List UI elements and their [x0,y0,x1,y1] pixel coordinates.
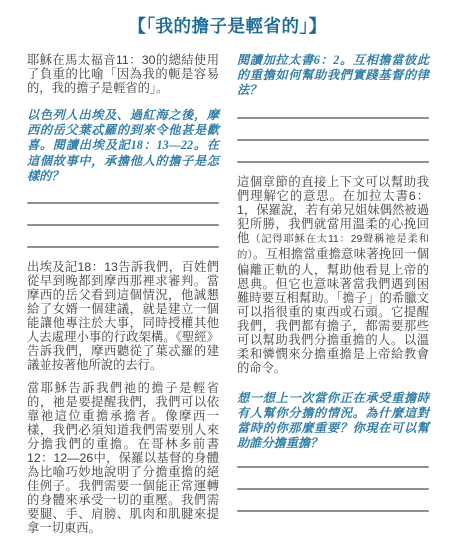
answer-line [237,466,429,468]
answer-lines-group-3 [237,466,429,512]
paragraph-galatians-context: 這個章節的直接上下文可以幫助我們理解它的意思。在加拉太書6：1，保羅說，若有弟兄… [237,175,429,375]
answer-line [27,246,219,248]
question-exodus: 以色列人出埃及、過紅海之後，摩西的岳父葉忒羅的到來令他甚是歡喜。閱讀出埃及記18… [27,108,219,184]
answer-line [27,202,219,204]
question-reflection: 想一想上一次當你正在承受重擔時有人幫你分擔的情況。為什麼這對當時的你那麼重要？你… [237,391,429,452]
paragraph-exodus-explanation: 出埃及記18：13告訴我們，百姓們從早到晚都到摩西那裡求審判。當摩西的岳父看到這… [27,260,219,372]
paragraph-text: 。互相擔當重擔意味著挽回一個偏離正軌的人，幫助他看見上帝的恩典。但它也意味著當我… [237,247,429,375]
paragraph-burden-bearer: 當耶穌告訴我們祂的擔子是輕省的，祂是要提醒我們，我們可以依靠祂這位重擔承擔者。像… [27,381,219,535]
answer-lines-group-1 [27,202,219,248]
answer-lines-group-2 [237,117,429,163]
answer-line [237,139,429,141]
question-galatians: 閱讀加拉太書6：2。互相擔當彼此的重擔如何幫助我們實踐基督的律法？ [237,53,429,99]
answer-line [237,488,429,490]
two-column-layout: 耶穌在馬太福音11：30的總結使用了負重的比喻「因為我的軛是容易的，我的擔子是輕… [0,38,455,535]
right-column: 閱讀加拉太書6：2。互相擔當彼此的重擔如何幫助我們實踐基督的律法？ 這個章節的直… [237,53,429,535]
left-column: 耶穌在馬太福音11：30的總結使用了負重的比喻「因為我的軛是容易的，我的擔子是輕… [27,53,219,535]
answer-line [237,510,429,512]
answer-line [237,117,429,119]
page-title: 【「我的擔子是輕省的」】 [0,0,455,38]
answer-line [237,161,429,163]
paragraph-intro: 耶穌在馬太福音11：30的總結使用了負重的比喻「因為我的軛是容易的，我的擔子是輕… [27,53,219,95]
document-page: 【「我的擔子是輕省的」】 耶穌在馬太福音11：30的總結使用了負重的比喻「因為我… [0,0,455,553]
answer-line [27,224,219,226]
